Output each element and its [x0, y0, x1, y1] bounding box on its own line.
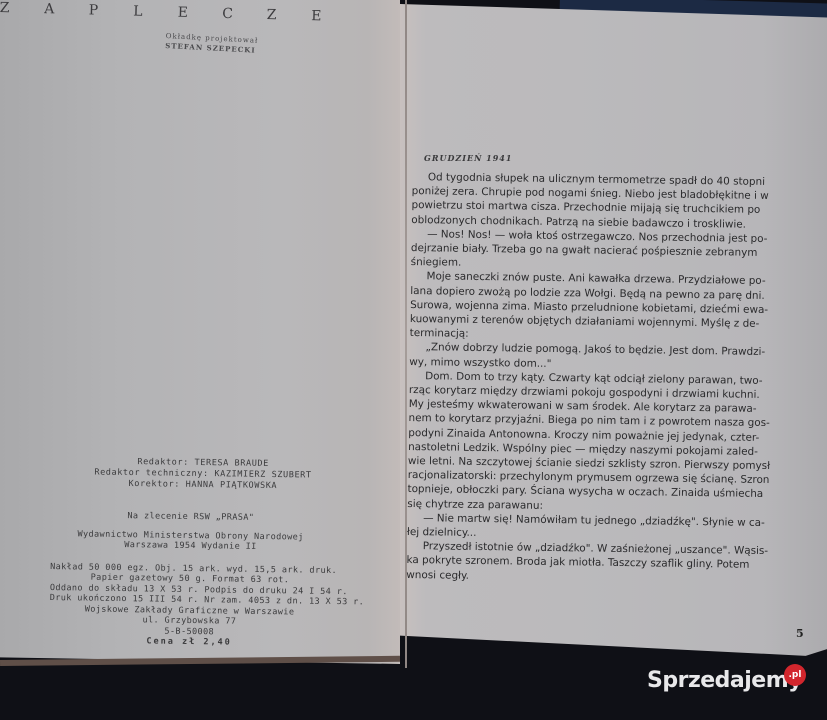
title-letter: C — [222, 6, 267, 23]
editorial-credits: Redaktor: TERESA BRAUDE Redaktor technic… — [78, 456, 328, 492]
title-letter: E — [178, 5, 223, 22]
watermark-logo: Sprzedajemy — [647, 668, 802, 693]
photo-scene: Okładkę projektował STEFAN SZEPECKI Reda… — [0, 0, 827, 720]
publisher-colophon: Na zlecenie RSW „PRASA" Wydawnictwo Mini… — [49, 510, 331, 649]
title-letter: P — [89, 2, 134, 19]
title-letter: E — [311, 8, 356, 25]
title-letter: Z — [0, 0, 44, 17]
title-letter: A — [44, 1, 89, 18]
title-letter: L — [133, 3, 178, 20]
watermark-badge: .pl — [784, 664, 806, 686]
chapter-body: Od tygodnia słupek na ulicznym termometr… — [406, 170, 787, 587]
title-letter: Z — [266, 7, 311, 24]
chapter-date: GRUDZIEŃ 1941 — [424, 153, 512, 163]
page-number: 5 — [796, 627, 804, 640]
